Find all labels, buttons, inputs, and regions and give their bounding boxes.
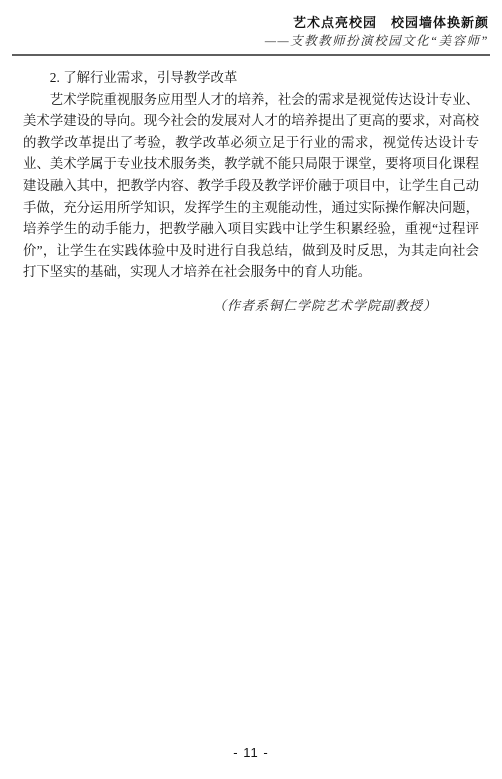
author-attribution: （作者系铜仁学院艺术学院副教授）	[23, 295, 479, 317]
header-subtitle: ——支教教师扮演校园文化“美容师”	[0, 32, 489, 50]
page-number: - 11 -	[0, 745, 502, 760]
body-paragraph: 艺术学院重视服务应用型人才的培养，社会的需求是视觉传达设计专业、美术学建设的导向…	[23, 89, 479, 283]
header-rule	[12, 54, 490, 56]
document-page: 艺术点亮校园 校园墙体换新颜 ——支教教师扮演校园文化“美容师” 2. 了解行业…	[0, 0, 502, 779]
header-title: 艺术点亮校园 校园墙体换新颜	[0, 14, 489, 32]
page-header: 艺术点亮校园 校园墙体换新颜 ——支教教师扮演校园文化“美容师”	[0, 0, 502, 50]
body-text-block: 2. 了解行业需求，引导教学改革 艺术学院重视服务应用型人才的培养，社会的需求是…	[23, 67, 479, 317]
section-heading: 2. 了解行业需求，引导教学改革	[23, 67, 479, 89]
